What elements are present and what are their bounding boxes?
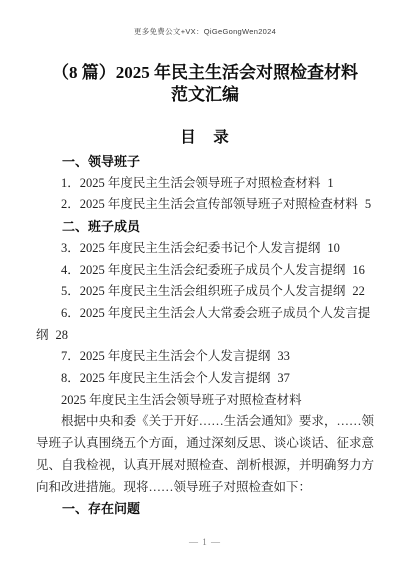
toc-item-page: 28	[56, 328, 69, 342]
toc-item-number: 3．	[61, 241, 80, 255]
toc-item: 1．2025 年度民主生活会领导班子对照检查材料1	[36, 173, 374, 195]
compilation-title-line2: 范文汇编	[171, 85, 239, 104]
document-page: 更多免费公文+VX：QiGeGongWen2024 （8 篇）2025 年民主生…	[0, 0, 410, 580]
toc-item-page: 37	[277, 371, 290, 385]
toc-item-number: 8．	[61, 371, 80, 385]
toc-item-page: 22	[352, 284, 365, 298]
page-number: — 1 —	[0, 537, 410, 547]
toc-item-number: 6．	[61, 306, 80, 320]
toc-item: 8．2025 年度民主生活会个人发言提纲37	[36, 368, 374, 390]
toc-item: 4．2025 年度民主生活会纪委班子成员个人发言提纲16	[36, 260, 374, 282]
toc-item-page: 5	[365, 197, 371, 211]
article-section-heading: 一、存在问题	[36, 498, 374, 520]
toc-item: 7．2025 年度民主生活会个人发言提纲33	[36, 346, 374, 368]
article-title: 2025 年度民主生活会领导班子对照检查材料	[36, 390, 374, 412]
toc-item-text: 2025 年度民主生活会人大常委会班子成员个人发言提纲	[36, 306, 370, 342]
article-paragraph: 根据中央和委《关于开好……生活会通知》要求，……领导班子认真围绕五个方面，通过深…	[36, 411, 374, 498]
toc-item-number: 1．	[61, 176, 80, 190]
toc-item: 3．2025 年度民主生活会纪委书记个人发言提纲10	[36, 238, 374, 260]
toc-item: 6．2025 年度民主生活会人大常委会班子成员个人发言提纲28	[36, 303, 374, 346]
toc-item-text: 2025 年度民主生活会组织班子成员个人发言提纲	[80, 284, 346, 298]
toc-item-page: 10	[327, 241, 340, 255]
toc-item-text: 2025 年度民主生活会个人发言提纲	[80, 349, 271, 363]
toc-item: 2．2025 年度民主生活会宣传部领导班子对照检查材料5	[36, 194, 374, 216]
toc-item-page: 1	[327, 176, 333, 190]
toc-item-text: 2025 年度民主生活会纪委班子成员个人发言提纲	[80, 263, 346, 277]
toc-item-number: 5．	[61, 284, 80, 298]
toc-item-number: 2．	[61, 197, 80, 211]
compilation-title: （8 篇）2025 年民主生活会对照检查材料 范文汇编	[36, 62, 374, 106]
toc-section-label: 一、领导班子	[36, 151, 374, 173]
toc-item: 5．2025 年度民主生活会组织班子成员个人发言提纲22	[36, 281, 374, 303]
toc-item-text: 2025 年度民主生活会个人发言提纲	[80, 371, 271, 385]
toc-item-number: 7．	[61, 349, 80, 363]
toc-item-text: 2025 年度民主生活会宣传部领导班子对照检查材料	[80, 197, 358, 211]
toc-section-label: 二、班子成员	[36, 216, 374, 238]
toc-item-text: 2025 年度民主生活会纪委书记个人发言提纲	[80, 241, 321, 255]
toc-item-text: 2025 年度民主生活会领导班子对照检查材料	[80, 176, 321, 190]
toc-item-page: 33	[277, 349, 290, 363]
compilation-title-line1: （8 篇）2025 年民主生活会对照检查材料	[52, 63, 358, 82]
toc-item-number: 4．	[61, 263, 80, 277]
toc-item-page: 16	[352, 263, 365, 277]
toc-heading: 目 录	[36, 125, 374, 147]
toc-list: 一、领导班子1．2025 年度民主生活会领导班子对照检查材料12．2025 年度…	[36, 151, 374, 390]
header-watermark-note: 更多免费公文+VX：QiGeGongWen2024	[36, 26, 374, 37]
